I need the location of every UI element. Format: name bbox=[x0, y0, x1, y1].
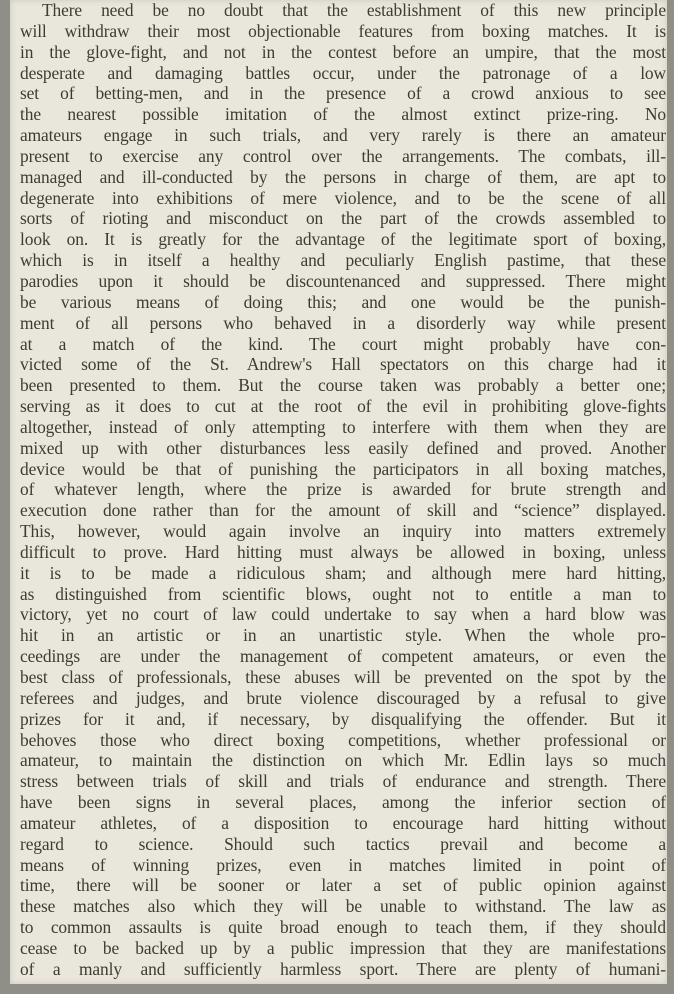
text-line: present to exercise any control over the… bbox=[20, 146, 666, 167]
text-line: mixed up with other disturbances less ea… bbox=[20, 438, 666, 459]
text-line: have been signs in several places, among… bbox=[20, 792, 666, 813]
newspaper-page: There need be no doubt that the establis… bbox=[10, 0, 667, 984]
text-line: of whatever length, where the prize is a… bbox=[20, 479, 666, 500]
text-line: set of betting-men, and in the presence … bbox=[20, 83, 666, 104]
text-line: the nearest possible imitation of the al… bbox=[20, 104, 666, 125]
text-line: victory, yet no court of law could under… bbox=[20, 604, 666, 625]
text-line: ment of all persons who behaved in a dis… bbox=[20, 313, 666, 334]
text-line: parodies upon it should be discountenanc… bbox=[20, 271, 666, 292]
text-line: as distinguished from scientific blows, … bbox=[20, 584, 666, 605]
text-line: behoves those who direct boxing competit… bbox=[20, 730, 666, 751]
text-line: amateur athletes, of a disposition to en… bbox=[20, 813, 666, 834]
text-line: regard to science. Should such tactics p… bbox=[20, 834, 666, 855]
text-line: degenerate into exhibitions of mere viol… bbox=[20, 188, 666, 209]
text-line: There need be no doubt that the establis… bbox=[20, 0, 666, 21]
text-line: ceedings are under the management of com… bbox=[20, 646, 666, 667]
text-line: be various means of doing this; and one … bbox=[20, 292, 666, 313]
text-line: will withdraw their most objectionable f… bbox=[20, 21, 666, 42]
text-line: which is in itself a healthy and peculia… bbox=[20, 250, 666, 271]
scan-background: There need be no doubt that the establis… bbox=[0, 0, 674, 994]
text-line: it is to be made a ridiculous sham; and … bbox=[20, 563, 666, 584]
text-line: best class of professionals, these abuse… bbox=[20, 667, 666, 688]
text-line: means of winning prizes, even in matches… bbox=[20, 855, 666, 876]
text-line: in the glove-fight, and not in the conte… bbox=[20, 42, 666, 63]
text-line: amateur, to maintain the distinction on … bbox=[20, 750, 666, 771]
text-line: referees and judges, and brute violence … bbox=[20, 688, 666, 709]
text-line: cease to be backed up by a public impres… bbox=[20, 938, 666, 959]
text-line: at a match of the kind. The court might … bbox=[20, 334, 666, 355]
text-line: look on. It is greatly for the advantage… bbox=[20, 229, 666, 250]
text-line: This, however, would again involve an in… bbox=[20, 521, 666, 542]
text-line: serving as it does to cut at the root of… bbox=[20, 396, 666, 417]
text-line: to common assaults is quite broad enough… bbox=[20, 917, 666, 938]
text-line: desperate and damaging battles occur, un… bbox=[20, 63, 666, 84]
text-line: time, there will be sooner or later a se… bbox=[20, 875, 666, 896]
text-line: amateurs engage in such trials, and very… bbox=[20, 125, 666, 146]
text-line: difficult to prove. Hard hitting must al… bbox=[20, 542, 666, 563]
text-line: altogether, instead of only attempting t… bbox=[20, 417, 666, 438]
text-line: stress between trials of skill and trial… bbox=[20, 771, 666, 792]
article-column: There need be no doubt that the establis… bbox=[20, 0, 666, 980]
text-line: managed and ill-conducted by the persons… bbox=[20, 167, 666, 188]
text-line: these matches also which they will be un… bbox=[20, 896, 666, 917]
text-line: of a manly and sufficiently harmless spo… bbox=[20, 959, 666, 980]
text-line: hit in an artistic or in an unartistic s… bbox=[20, 625, 666, 646]
text-line: execution done rather than for the amoun… bbox=[20, 500, 666, 521]
text-line: sorts of rioting and misconduct on the p… bbox=[20, 208, 666, 229]
text-line: device would be that of punishing the pa… bbox=[20, 459, 666, 480]
text-line: victed some of the St. Andrew's Hall spe… bbox=[20, 354, 666, 375]
text-line: been presented to them. But the course t… bbox=[20, 375, 666, 396]
text-line: prizes for it and, if necessary, by disq… bbox=[20, 709, 666, 730]
